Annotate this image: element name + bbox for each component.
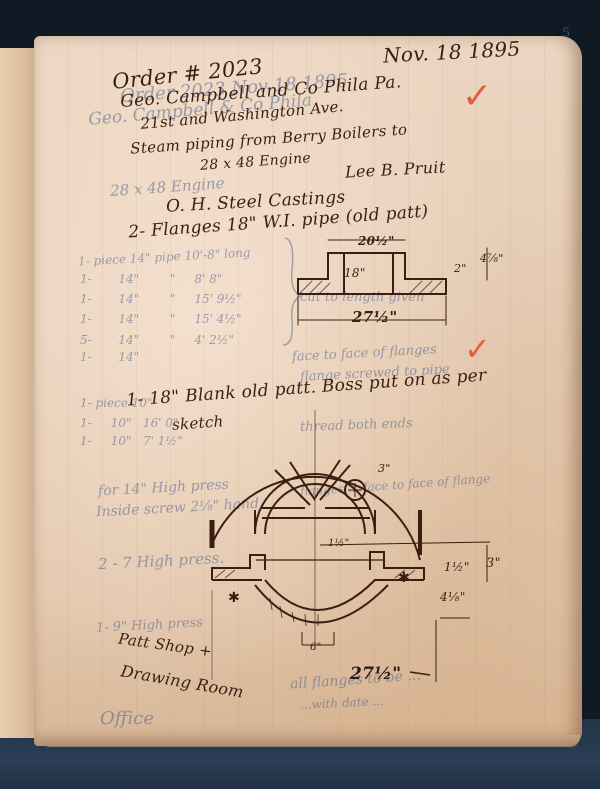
pipe-row: 1- 14" " 15' 9½" — [80, 292, 242, 306]
pencil-office: Office — [100, 708, 154, 729]
dim-section-right-top: 1½" — [444, 560, 470, 574]
dim-section-top: 1½" — [328, 538, 350, 549]
dim-section-right-lower: 4⅛" — [440, 590, 466, 604]
pipe-row: 1- 14" — [80, 350, 139, 364]
pipe-row: 5- 14" " 4' 2½" — [80, 333, 234, 347]
dim-boss: 3" — [378, 462, 391, 475]
dim-20-half: 20½" — [358, 234, 395, 248]
item-2-sketch: sketch — [171, 412, 224, 434]
dim-section-bottom-small: 6" — [310, 642, 322, 653]
note-cut-to-length: cut to length given — [300, 290, 424, 305]
facing-page-edge — [0, 48, 37, 738]
dim-section-bottom: 27½" — [350, 664, 401, 684]
dim-18: 18" — [344, 266, 366, 280]
red-check-mark: ✓ — [464, 330, 491, 368]
pencil-list2-row: 1- 10" 7' 1½" — [80, 434, 183, 448]
pipe-row: 1- 14" " 8' 8" — [80, 272, 222, 286]
red-check-mark: ✓ — [462, 76, 492, 117]
pencil-list2-row: 1- 10" 16' 0" — [80, 416, 179, 430]
pipe-row: 1- 14" " 15' 4½" — [80, 312, 242, 326]
dim-27-half-top: 27½" — [352, 308, 398, 326]
page-stack-edge — [40, 735, 580, 747]
dim-side-left: 2" — [454, 262, 467, 275]
dim-section-right: 3" — [486, 556, 501, 571]
dim-side-right: 4⅞" — [480, 252, 504, 265]
page-number: 5 — [562, 26, 570, 41]
